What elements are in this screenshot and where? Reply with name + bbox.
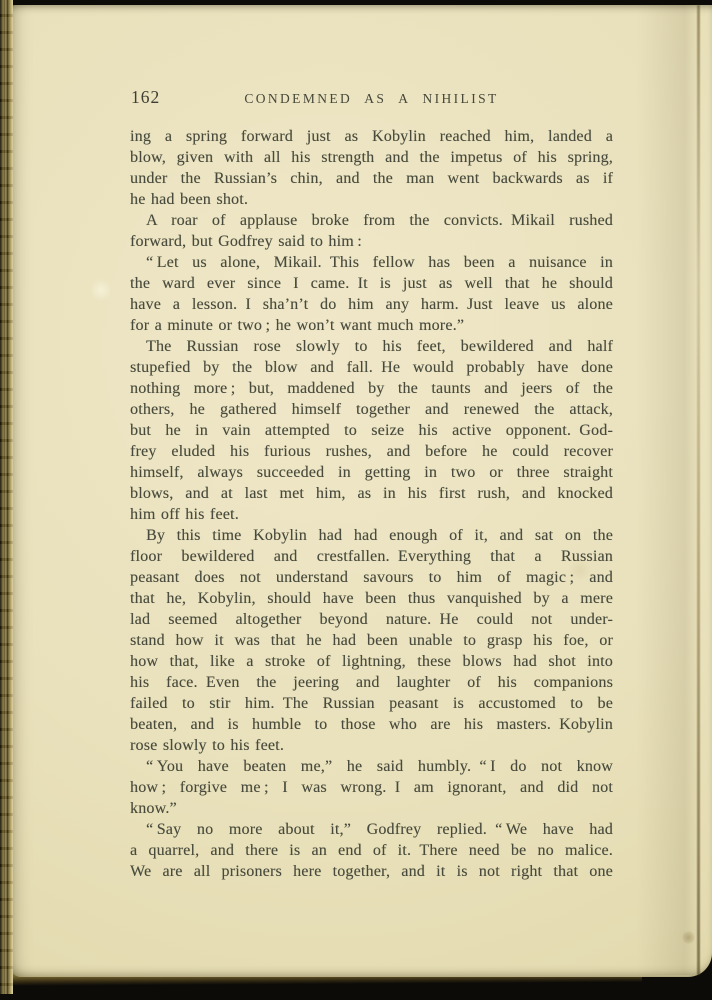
text-line: We are all prisoners here together, and … (130, 861, 613, 882)
running-header-title: CONDEMNED AS A NIHILIST (130, 91, 613, 107)
text-line: that he, Kobylin, should have been thus … (130, 588, 613, 609)
text-line: rose slowly to his feet. (130, 735, 613, 756)
text-line: he had been shot. (130, 189, 613, 210)
text-line: The Russian rose slowly to his feet, bew… (130, 336, 613, 357)
text-line: peasant does not understand savours to h… (130, 567, 613, 588)
text-line: frey eluded his furious rushes, and befo… (130, 441, 613, 462)
text-line: the ward ever since I came. It is just a… (130, 273, 613, 294)
text-line: floor bewildered and crestfallen. Everyt… (130, 546, 613, 567)
text-line: “ Let us alone, Mikail. This fellow has … (130, 252, 613, 273)
text-line: stupefied by the blow and fall. He would… (130, 357, 613, 378)
text-line: under the Russian’s chin, and the man we… (130, 168, 613, 189)
text-line: but he in vain attempted to seize his ac… (130, 420, 613, 441)
text-line: his face. Even the jeering and laughter … (130, 672, 613, 693)
page-crease-line (697, 5, 700, 975)
left-page-stack-edge (0, 0, 13, 994)
text-line: “ Say no more about it,” Godfrey replied… (130, 819, 613, 840)
text-block: ing a spring forward just as Kobylin rea… (130, 126, 613, 882)
text-line: how ; forgive me ; I was wrong. I am ign… (130, 777, 613, 798)
text-line: ing a spring forward just as Kobylin rea… (130, 126, 613, 147)
text-line: know.” (130, 798, 613, 819)
page-curve-shading (636, 5, 697, 975)
text-line: a quarrel, and there is an end of it. Th… (130, 840, 613, 861)
scan-background: 162 CONDEMNED AS A NIHILIST ing a spring… (0, 0, 712, 1000)
text-line: blows, and at last met him, as in his fi… (130, 483, 613, 504)
text-line: stand how it was that he had been unable… (130, 630, 613, 651)
text-line: By this time Kobylin had had enough of i… (130, 525, 613, 546)
paper-blemish-light (91, 277, 111, 303)
text-line: how that, like a stroke of lightning, th… (130, 651, 613, 672)
text-line: forward, but Godfrey said to him : (130, 231, 613, 252)
text-line: nothing more ; but, maddened by the taun… (130, 378, 613, 399)
text-line: lad seemed altogether beyond nature. He … (130, 609, 613, 630)
text-line: A roar of applause broke from the convic… (130, 210, 613, 231)
text-line: for a minute or two ; he won’t want much… (130, 315, 613, 336)
text-line: have a lesson. I sha’n’t do him any harm… (130, 294, 613, 315)
text-line: him off his feet. (130, 504, 613, 525)
text-line: beaten, and is humble to those who are h… (130, 714, 613, 735)
text-line: others, he gathered himself together and… (130, 399, 613, 420)
text-line: blow, given with all his strength and th… (130, 147, 613, 168)
text-line: failed to stir him. The Russian peasant … (130, 693, 613, 714)
text-line: himself, always succeeded in getting in … (130, 462, 613, 483)
text-line: “ You have beaten me,” he said humbly. “… (130, 756, 613, 777)
